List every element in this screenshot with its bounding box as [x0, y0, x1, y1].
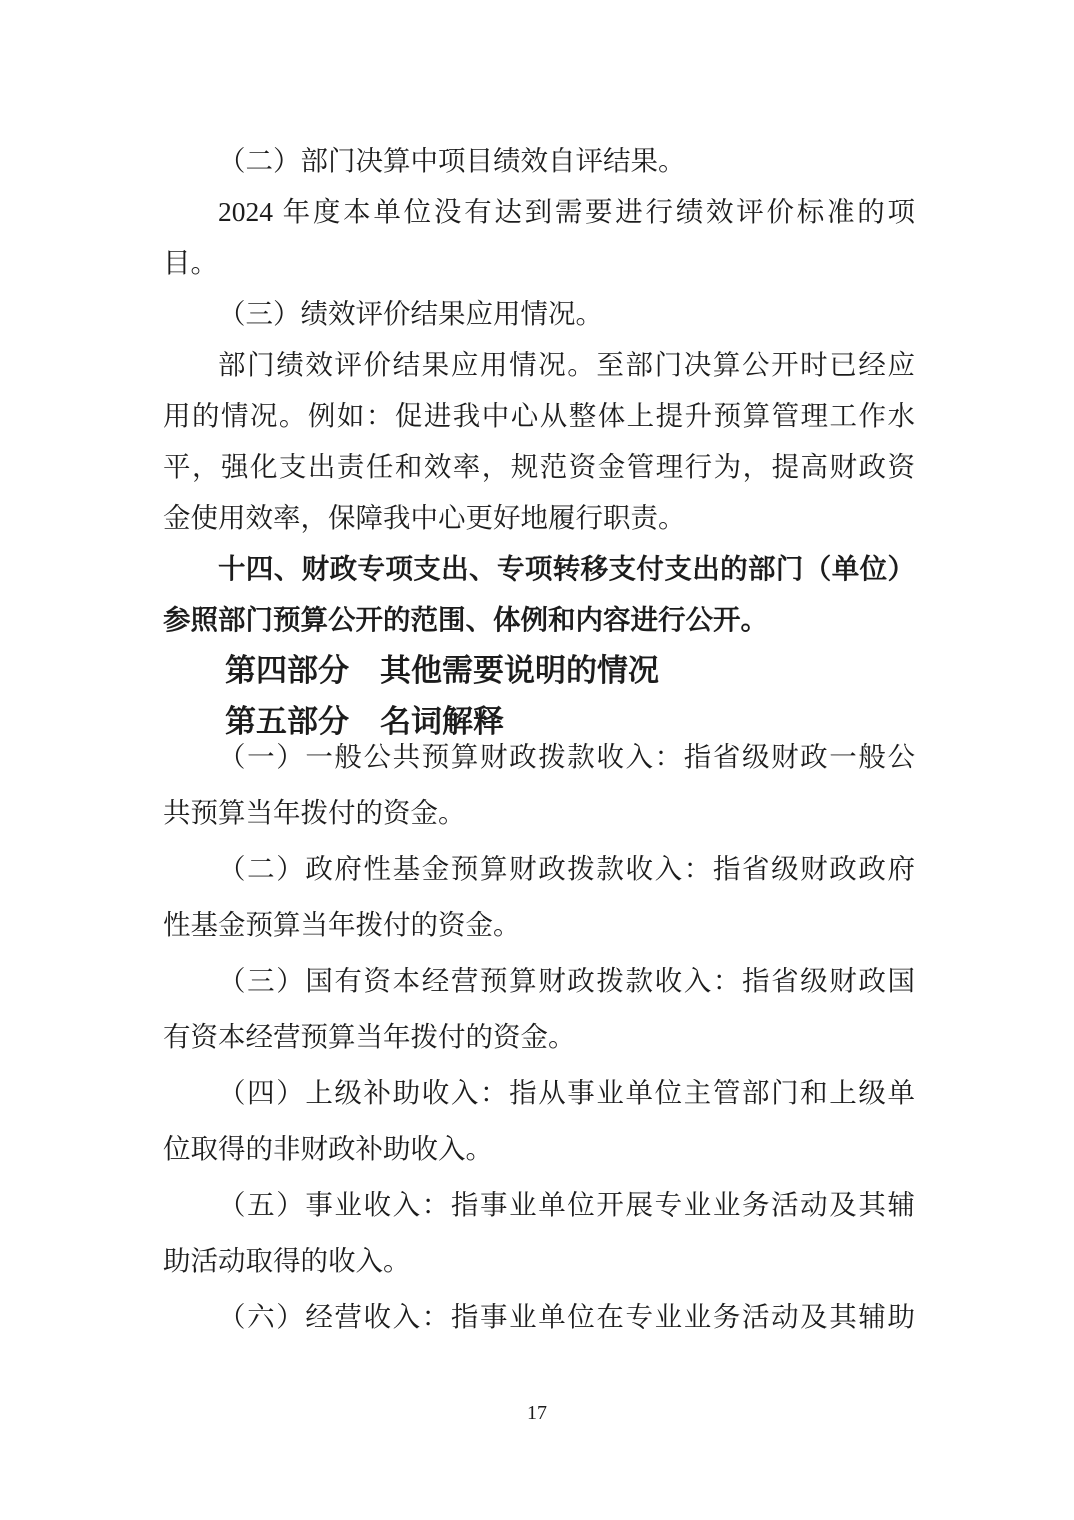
text-line: 十四、财政专项支出、专项转移支付支出的部门（单位） [163, 543, 915, 594]
text-line: 部门绩效评价结果应用情况。至部门决算公开时已经应 [163, 339, 915, 390]
text-line: 用的情况。例如：促进我中心从整体上提升预算管理工作水 [163, 390, 915, 441]
text-line: 目。 [163, 237, 915, 288]
text-line: 位取得的非财政补助收入。 [163, 1121, 915, 1177]
section-heading: 第四部分 其他需要说明的情况 [163, 645, 915, 696]
text-line: 有资本经营预算当年拨付的资金。 [163, 1009, 915, 1065]
text-line: （五）事业收入：指事业单位开展专业业务活动及其辅 [163, 1177, 915, 1233]
text-line: （二）部门决算中项目绩效自评结果。 [163, 135, 915, 186]
text-line: 助活动取得的收入。 [163, 1233, 915, 1289]
text-line: （三）国有资本经营预算财政拨款收入：指省级财政国 [163, 953, 915, 1009]
document-section-definitions: （一）一般公共预算财政拨款收入：指省级财政一般公共预算当年拨付的资金。（二）政府… [163, 729, 915, 1345]
text-line: （三）绩效评价结果应用情况。 [163, 288, 915, 339]
text-line: 性基金预算当年拨付的资金。 [163, 897, 915, 953]
text-line: （二）政府性基金预算财政拨款收入：指省级财政政府 [163, 841, 915, 897]
text-line: 参照部门预算公开的范围、体例和内容进行公开。 [163, 594, 915, 645]
page-footer: 17 [0, 1400, 1074, 1426]
document-page: （二）部门决算中项目绩效自评结果。2024 年度本单位没有达到需要进行绩效评价标… [0, 0, 1074, 1520]
text-line: （六）经营收入：指事业单位在专业业务活动及其辅助 [163, 1289, 915, 1345]
text-line: 2024 年度本单位没有达到需要进行绩效评价标准的项 [163, 186, 915, 237]
text-line: 平，强化支出责任和效率，规范资金管理行为，提高财政资 [163, 441, 915, 492]
text-line: 金使用效率，保障我中心更好地履行职责。 [163, 492, 915, 543]
document-body: （二）部门决算中项目绩效自评结果。2024 年度本单位没有达到需要进行绩效评价标… [163, 135, 915, 1345]
document-section-main: （二）部门决算中项目绩效自评结果。2024 年度本单位没有达到需要进行绩效评价标… [163, 135, 915, 747]
text-line: 共预算当年拨付的资金。 [163, 785, 915, 841]
page-number: 17 [527, 1402, 547, 1424]
text-line: （一）一般公共预算财政拨款收入：指省级财政一般公 [163, 729, 915, 785]
text-line: （四）上级补助收入：指从事业单位主管部门和上级单 [163, 1065, 915, 1121]
